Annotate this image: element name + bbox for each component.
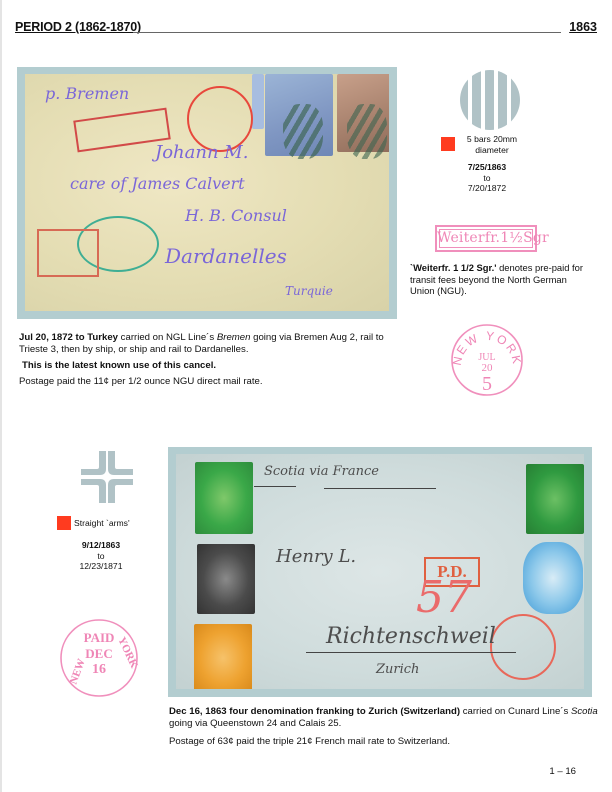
address-line: Scotia via France — [264, 464, 379, 479]
straight-arms-cancel-icon — [79, 449, 135, 505]
svg-text:PAID: PAID — [84, 630, 115, 645]
page-number: 1 – 16 — [549, 766, 576, 777]
page-header: PERIOD 2 (1862-1870) 1863 — [15, 20, 597, 36]
address-line: care of James Calvert — [70, 174, 245, 193]
bars-date-range: 7/25/1863 to 7/20/1872 — [445, 162, 529, 194]
address-line: Dardanelles — [165, 244, 287, 268]
top-cover-caption: Jul 20, 1872 to Turkey carried on NGL Li… — [19, 332, 399, 392]
underline — [306, 652, 516, 653]
rate-mark: 57 — [416, 572, 472, 623]
weiterfranco-description: `Weiterfr. 1 1/2 Sgr.' denotes pre-paid … — [410, 262, 590, 297]
stamp-blue-12c — [523, 542, 583, 614]
cover-envelope: p. Bremen Johann M. care of James Calver… — [25, 74, 389, 311]
caption-latest-use: This is the latest known use of this can… — [19, 360, 399, 372]
paris-red-postmark — [490, 614, 556, 680]
date-from: 9/12/1863 — [82, 540, 120, 550]
cancel-bars-marks — [283, 104, 323, 159]
legend-color-swatch — [57, 516, 71, 530]
date-sep: to — [483, 173, 490, 183]
address-line: Johann M. — [155, 142, 248, 163]
cancel-bars-marks-2 — [347, 104, 387, 159]
address-line: H. B. Consul — [185, 206, 287, 225]
caption-rate: Postage of 63¢ paid the triple 21¢ Frenc… — [169, 736, 599, 748]
new-york-postmark-icon: NEW YORK JUL 20 5 — [449, 322, 525, 398]
bars-label: 5 bars 20mm diameter — [458, 134, 526, 155]
date-from: 7/25/1863 — [468, 162, 506, 172]
stamp-orange-30c — [194, 624, 252, 689]
top-cover-image: p. Bremen Johann M. care of James Calver… — [17, 67, 397, 319]
stamp-green-10c — [195, 462, 253, 534]
stamp-blue-margin — [252, 74, 264, 129]
cross-date-range: 9/12/1863 to 12/23/1871 — [66, 540, 136, 572]
underline — [324, 488, 436, 489]
caption-route: Jul 20, 1872 to Turkey carried on NGL Li… — [19, 332, 399, 356]
svg-text:16: 16 — [92, 662, 106, 677]
cross-label: Straight `arms' — [74, 518, 146, 529]
bottom-cover-image: P.D. 57 Scotia via France Henry L. Richt… — [168, 447, 592, 697]
date-to: 7/20/1872 — [468, 183, 506, 193]
svg-text:NEW: NEW — [68, 657, 88, 686]
period-title: PERIOD 2 (1862-1870) — [15, 20, 141, 34]
caption-rate: Postage paid the 11¢ per 1/2 ounce NGU d… — [19, 376, 399, 388]
underline — [254, 486, 296, 487]
caption-route: Dec 16, 1863 four denomination franking … — [169, 706, 599, 730]
five-bars-cancel-icon — [459, 69, 521, 131]
address-line: Zurich — [376, 662, 419, 677]
address-line: Henry L. — [276, 546, 356, 567]
weiterfranco-marking: Weiterfr.1½Sgr — [435, 225, 537, 252]
stamp-black-24c — [197, 544, 255, 614]
address-line: Turquie — [285, 284, 333, 298]
svg-text:5: 5 — [482, 373, 492, 395]
stamp-green-10c-2 — [526, 464, 584, 534]
new-york-paid-postmark-icon: PAID DEC 16 NEW YORK — [58, 617, 140, 699]
cover-letter: P.D. 57 Scotia via France Henry L. Richt… — [176, 454, 584, 689]
year-label: 1863 — [569, 20, 597, 34]
red-boxed-mark — [37, 229, 99, 277]
address-line: p. Bremen — [45, 84, 129, 103]
svg-text:DEC: DEC — [85, 646, 112, 661]
date-sep: to — [97, 551, 104, 561]
header-rule — [133, 32, 561, 33]
weiterfranco-text: Weiterfr.1½Sgr — [437, 230, 535, 246]
page-edge — [0, 0, 2, 792]
date-to: 12/23/1871 — [79, 561, 122, 571]
address-line: Richtenschweil — [326, 624, 496, 649]
legend-color-swatch — [441, 137, 455, 151]
bottom-cover-caption: Dec 16, 1863 four denomination franking … — [169, 706, 599, 752]
